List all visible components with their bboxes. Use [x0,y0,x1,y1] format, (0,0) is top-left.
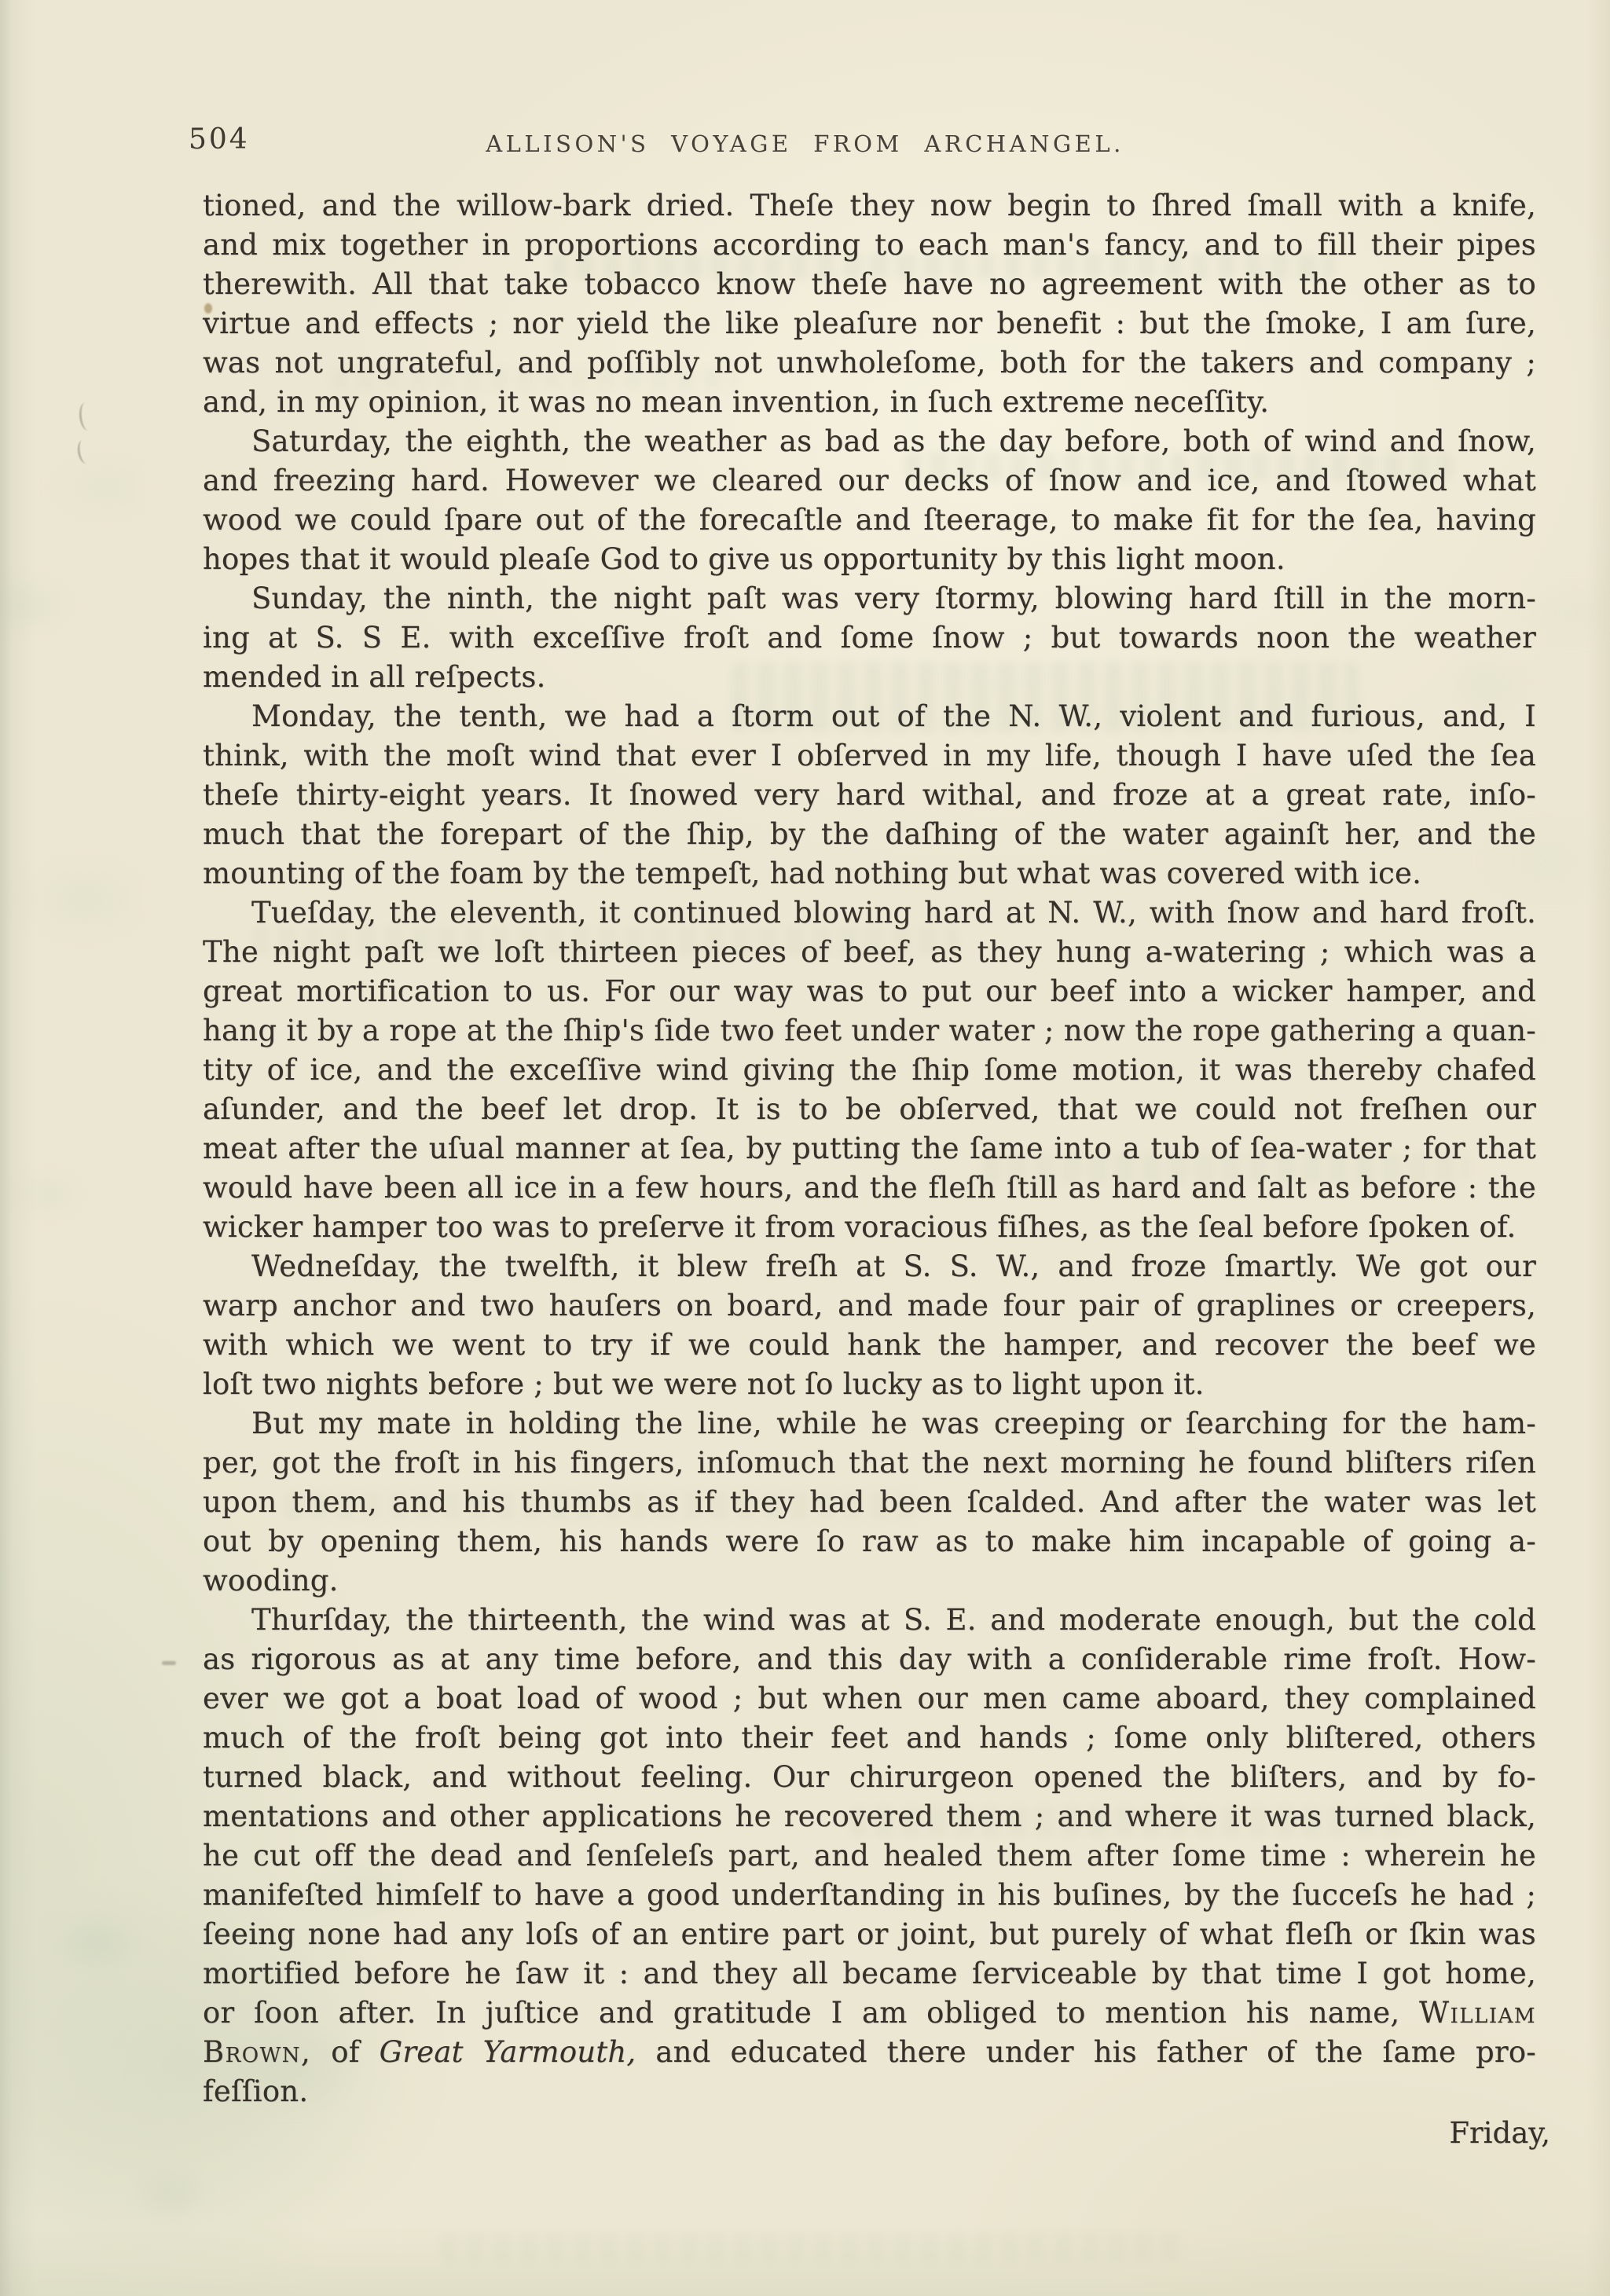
text-line: Brown, of Great Yarmouth, and educated t… [203,2033,1536,2072]
italic-place-name: Great Yarmouth, [380,2035,636,2069]
text-line: wood we could ſpare out of the forecaſtl… [203,501,1536,540]
text-line: and mix together in proportions accordin… [203,226,1536,265]
text-line: mortified before he ſaw it : and they al… [203,1954,1536,1993]
paragraph: Saturday, the eighth, the weather as bad… [203,422,1536,579]
text-line: upon them, and his thumbs as if they had… [203,1483,1536,1522]
text-line: loſt two nights before ; but we were not… [203,1365,1536,1404]
text-line: Saturday, the eighth, the weather as bad… [203,422,1536,461]
text-line: hopes that it would pleaſe God to give u… [203,540,1536,579]
text-line: ever we got a boat load of wood ; but wh… [203,1679,1536,1718]
text-line: out by opening them, his hands were ſo r… [203,1522,1536,1561]
text-line: hang it by a rope at the ſhip's ſide two… [203,1011,1536,1051]
smallcaps-person-name: William [1419,1996,1536,2030]
text-line: therewith. All that take tobacco know th… [203,265,1536,304]
text-line: and freezing hard. However we cleared ou… [203,461,1536,501]
text-line: theſe thirty-eight years. It ſnowed very… [203,776,1536,815]
text-line: manifeſted himſelf to have a good underſ… [203,1876,1536,1915]
text-line: ing at S. S E. with exceſſive froſt and … [203,618,1536,658]
text-line: The night paſt we loſt thirteen pieces o… [203,933,1536,972]
text-line: wicker hamper too was to preſerve it fro… [203,1208,1536,1247]
text-line: meat after the uſual manner at ſea, by p… [203,1129,1536,1168]
page-text: tioned, and the willow-bark dried. Theſe… [203,186,1536,2111]
text-line: as rigorous as at any time before, and t… [203,1640,1536,1679]
text-line: ſeeing none had any loſs of an entire pa… [203,1915,1536,1954]
text-line: and, in my opinion, it was no mean inven… [203,383,1536,422]
paper-speck [162,1661,176,1665]
text-line: think, with the moſt wind that ever I ob… [203,736,1536,776]
text-line: turned black, and without feeling. Our c… [203,1758,1536,1797]
text-line: or ſoon after. In juſtice and gratitude … [203,1993,1536,2033]
text-line: feſſion. [203,2072,1536,2111]
text-line: was not ungrateful, and poſſibly not unw… [203,343,1536,383]
text-line: Monday, the tenth, we had a ſtorm out of… [203,697,1536,736]
paper-crease-mark [76,439,94,464]
paragraph: But my mate in holding the line, while h… [203,1404,1536,1601]
text-line: he cut off the dead and ſenſeleſs part, … [203,1836,1536,1876]
page: 504 ALLISON'S VOYAGE FROM ARCHANGEL. tio… [0,0,1610,2296]
catchword: Friday, [203,2114,1550,2153]
show-through-stain [440,2232,1186,2263]
text-line: wooding. [203,1561,1536,1601]
text-line: virtue and effects ; nor yield the like … [203,304,1536,343]
text-line: mounting of the foam by the tempeſt, had… [203,854,1536,893]
text-line: But my mate in holding the line, while h… [203,1404,1536,1443]
text-line: much that the forepart of the ſhip, by t… [203,815,1536,854]
smallcaps-person-name: Brown, [203,2035,311,2069]
paragraph: Monday, the tenth, we had a ſtorm out of… [203,697,1536,893]
text-line: Tueſday, the eleventh, it continued blow… [203,893,1536,933]
text-line: mended in all reſpects. [203,658,1536,697]
text-line: per, got the froſt in his fingers, inſom… [203,1443,1536,1483]
text-line: would have been all ice in a few hours, … [203,1168,1536,1208]
running-title: ALLISON'S VOYAGE FROM ARCHANGEL. [0,124,1610,163]
text-line: Sunday, the ninth, the night paſt was ve… [203,579,1536,618]
text-line: aſunder, and the beef let drop. It is to… [203,1090,1536,1129]
text-line: much of the froſt being got into their f… [203,1718,1536,1758]
paragraph: Sunday, the ninth, the night paſt was ve… [203,579,1536,697]
text-line: great mortification to us. For our way w… [203,972,1536,1011]
text-line: Thurſday, the thirteenth, the wind was a… [203,1601,1536,1640]
paragraph: Tueſday, the eleventh, it continued blow… [203,893,1536,1247]
paragraph: Thurſday, the thirteenth, the wind was a… [203,1601,1536,2111]
text-line: Wedneſday, the twelfth, it blew freſh at… [203,1247,1536,1286]
text-line: mentations and other applications he rec… [203,1797,1536,1836]
text-line: with which we went to try if we could ha… [203,1326,1536,1365]
paragraph: tioned, and the willow-bark dried. Theſe… [203,186,1536,422]
paper-mottle-stain [0,251,141,1430]
text-line: tity of ice, and the exceſſive wind givi… [203,1051,1536,1090]
paragraph: Wedneſday, the twelfth, it blew freſh at… [203,1247,1536,1404]
paper-crease-mark [78,402,96,431]
text-line: warp anchor and two hauſers on board, an… [203,1286,1536,1326]
text-line: tioned, and the willow-bark dried. Theſe… [203,186,1536,226]
